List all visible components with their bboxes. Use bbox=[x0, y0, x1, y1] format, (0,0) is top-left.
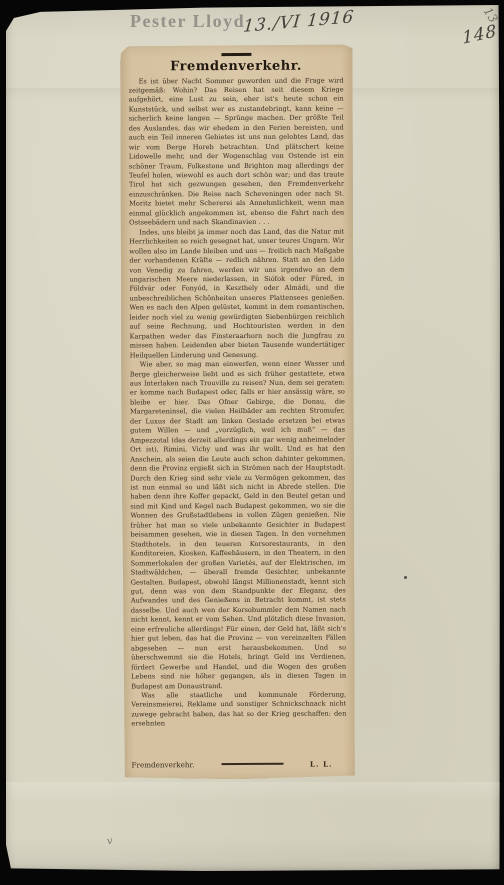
article-paragraph: Wie aber, so mag man einwerfen, wenn ein… bbox=[130, 360, 346, 692]
newspaper-clipping: Fremdenverkehr. Es ist über Nacht Sommer… bbox=[119, 44, 355, 779]
author-initials: L. L. bbox=[310, 759, 333, 768]
article-paragraph: Es ist über Nacht Sommer geworden und di… bbox=[129, 76, 345, 228]
paper-speck bbox=[404, 576, 407, 579]
article-title: Fremdenverkehr. bbox=[128, 58, 343, 74]
title-rule bbox=[221, 53, 251, 56]
newspaper-name-stamp: Pester Lloyd bbox=[130, 11, 245, 32]
article-last-word: Fremdenverkehr. bbox=[132, 760, 195, 769]
pencil-check-mark: v bbox=[106, 836, 113, 848]
article-paragraph: Indes, uns bleibt ja immer noch das Land… bbox=[129, 227, 345, 360]
article-signature-row: Fremdenverkehr. L. L. bbox=[132, 759, 347, 769]
end-rule bbox=[221, 763, 283, 764]
article-paragraph: Was alle staatliche und kommunale Förder… bbox=[131, 690, 346, 729]
article-body: Es ist über Nacht Sommer geworden und di… bbox=[129, 76, 347, 759]
